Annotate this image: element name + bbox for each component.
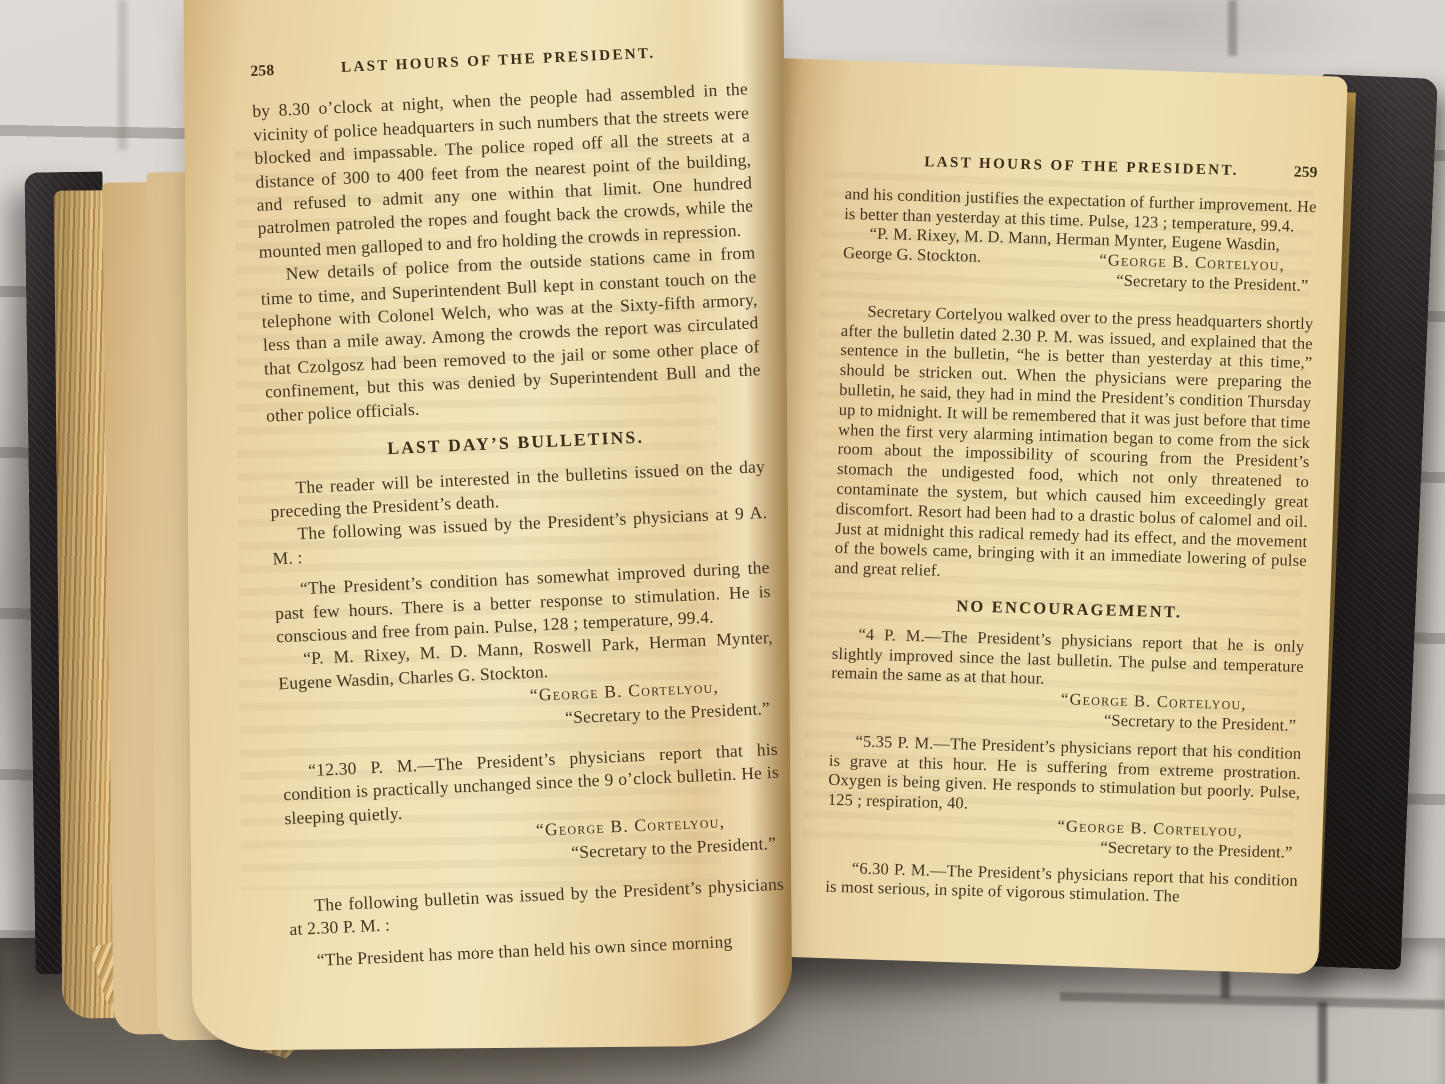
photo-of-open-book: { "scene": { "setting": "open antique bo… [0, 0, 1445, 1084]
brick-wall-stain [118, 0, 127, 150]
paragraph: Secretary Cortelyou walked over to the p… [834, 301, 1314, 591]
right-page-text: LAST HOURS OF THE PRESIDENT. 259 and his… [825, 150, 1318, 910]
section-heading: NO ENCOURAGEMENT. [833, 593, 1305, 626]
brick-mortar-joint [1228, 0, 1237, 56]
physicians-names: George G. Stockton. [843, 243, 982, 267]
left-page-number: 258 [250, 57, 315, 83]
header-spacer [846, 164, 910, 166]
paragraph: New details of police from the outside s… [259, 242, 762, 428]
right-page-number: 259 [1253, 161, 1318, 183]
bulletin-paragraph: “5.35 P. M.—The President’s physicians r… [828, 730, 1302, 822]
header-spacer [682, 53, 746, 56]
left-page-text: 258 LAST HOURS OF THE PRESIDENT. by 8.30… [250, 37, 787, 973]
paragraph: by 8.30 o’clock at night, when the peopl… [252, 78, 755, 264]
